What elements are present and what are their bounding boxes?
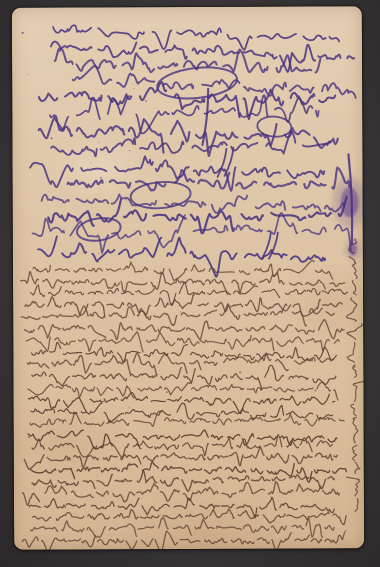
- ink-speck: [22, 32, 24, 34]
- ink-speck: [38, 506, 39, 507]
- ink-speck: [98, 252, 100, 254]
- handwriting-line: [24, 320, 344, 341]
- ink-speck: [145, 100, 147, 102]
- ink-speck: [125, 199, 127, 201]
- postcard: [12, 6, 364, 550]
- handwriting-line: [32, 365, 336, 389]
- ink-speck: [100, 177, 102, 179]
- ink-speck: [180, 312, 181, 313]
- ink-speck: [90, 163, 91, 164]
- handwriting-line: [33, 509, 347, 527]
- ink-speck: [82, 246, 84, 248]
- ink-speck: [194, 532, 195, 533]
- ink-blot: [341, 187, 359, 217]
- handwriting-line: [32, 341, 337, 362]
- ink-speck: [128, 407, 130, 409]
- ink-speck: [129, 150, 130, 151]
- handwriting-line: [31, 517, 334, 539]
- handwriting-line: [24, 447, 337, 470]
- ink-speck: [335, 394, 337, 396]
- ink-speck: [245, 113, 246, 114]
- right-margin-vertical-brown-ink: [346, 239, 364, 511]
- ink-speck: [133, 88, 135, 90]
- handwriting-line-vertical: [346, 239, 364, 511]
- handwriting-line: [27, 352, 333, 375]
- handwriting-line: [28, 382, 338, 401]
- ink-speck: [28, 74, 29, 75]
- ink-speck: [315, 389, 317, 391]
- ink-speck: [246, 446, 248, 448]
- scan-backdrop: [0, 0, 380, 567]
- handwriting-line: [50, 95, 319, 134]
- ink-speck: [92, 312, 93, 313]
- handwriting-line: [33, 261, 332, 282]
- ink-speck: [166, 391, 168, 393]
- ink-speck: [28, 436, 30, 438]
- ink-speck: [50, 137, 52, 139]
- handwriting-line: [32, 470, 334, 492]
- handwriting-line: [22, 530, 346, 549]
- ink-speck: [98, 141, 100, 143]
- handwriting-line: [51, 131, 330, 156]
- ink-speck: [239, 371, 241, 373]
- handwriting-line: [21, 303, 334, 327]
- ink-blot: [349, 243, 357, 255]
- handwriting-line: [53, 24, 339, 51]
- handwriting-line: [38, 235, 325, 277]
- upper-message-purple-ink: [29, 24, 356, 278]
- handwriting-svg: [12, 6, 364, 550]
- lower-message-brown-ink: [21, 260, 349, 549]
- ink-speck: [281, 469, 282, 470]
- ink-speck: [348, 91, 350, 93]
